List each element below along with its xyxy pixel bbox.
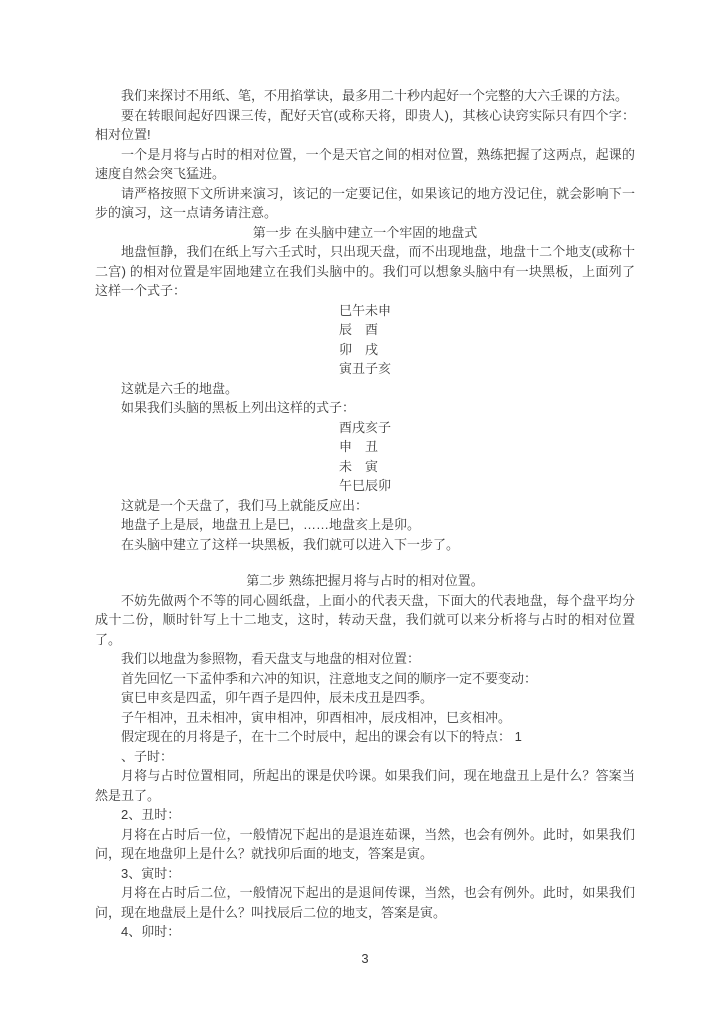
paragraph: 月将在占时后二位，一般情况下起出的是退间传课，当然，也会有例外。此时，如果我们问… <box>95 883 635 922</box>
paragraph: 4、卯时： <box>95 922 635 942</box>
diagram-line: 午巳辰卯 <box>339 476 391 496</box>
paragraph: 不妨先做两个不等的同心圆纸盘，上面小的代表天盘，下面大的代表地盘，每个盘平均分成… <box>95 591 635 650</box>
diagram-line: 寅丑子亥 <box>339 359 391 379</box>
document-page: 我们来探讨不用纸、笔，不用掐掌诀，最多用二十秒内起好一个完整的大六壬课的方法。要… <box>0 0 724 1024</box>
paragraph: 我们来探讨不用纸、笔，不用掐掌诀，最多用二十秒内起好一个完整的大六壬课的方法。 <box>95 86 635 106</box>
paragraph: 首先回忆一下孟仲季和六冲的知识，注意地支之间的顺序一定不要变动： <box>95 669 635 689</box>
paragraph: 寅巳申亥是四孟，卯午酉子是四仲，辰未戌丑是四季。 <box>95 688 635 708</box>
diagram-line: 巳午未申 <box>339 301 391 321</box>
paragraph: 一个是月将与占时的相对位置，一个是天官之间的相对位置，熟练把握了这两点，起课的速… <box>95 145 635 184</box>
paragraph: 要在转眼间起好四课三传，配好天官(或称天将，即贵人)，其核心诀窍实际只有四个字：… <box>95 106 635 145</box>
paragraph: 3、寅时： <box>95 864 635 884</box>
diagram-lines: 酉戌亥子申 丑未 寅午巳辰卯 <box>339 418 391 496</box>
page-number: 3 <box>95 949 635 969</box>
paragraph: 2、丑时： <box>95 805 635 825</box>
paragraph: 这就是六壬的地盘。 <box>95 379 635 399</box>
diagram-lines: 巳午未申辰 酉卯 戌寅丑子亥 <box>339 301 391 379</box>
document-content: 我们来探讨不用纸、笔，不用掐掌诀，最多用二十秒内起好一个完整的大六壬课的方法。要… <box>95 86 635 968</box>
paragraph: 如果我们头脑的黑板上列出这样的式子： <box>95 398 635 418</box>
paragraph: 地盘子上是辰，地盘丑上是巳，……地盘亥上是卯。 <box>95 515 635 535</box>
paragraph: 请严格按照下文所讲来演习，该记的一定要记住，如果该记的地方没记住，就会影响下一步… <box>95 184 635 223</box>
paragraph: 假定现在的月将是子，在十二个时辰中，起出的课会有以下的特点： 1 <box>95 727 635 747</box>
paragraph: 月将与占时位置相同，所起出的课是伏吟课。如果我们问，现在地盘丑上是什么？答案当然… <box>95 766 635 805</box>
paragraph: 月将在占时后一位，一般情况下起出的是退连茹课，当然，也会有例外。此时，如果我们问… <box>95 825 635 864</box>
paragraph: 我们以地盘为参照物，看天盘支与地盘的相对位置： <box>95 649 635 669</box>
diagram-line: 申 丑 <box>339 437 391 457</box>
diagram-line: 卯 戌 <box>339 340 391 360</box>
section-heading: 第一步 在头脑中建立一个牢固的地盘式 <box>95 223 635 243</box>
diagram-line: 酉戌亥子 <box>339 418 391 438</box>
liuren-plate-diagram: 酉戌亥子申 丑未 寅午巳辰卯 <box>95 418 635 496</box>
section-heading: 第二步 熟练把握月将与占时的相对位置。 <box>95 571 635 591</box>
diagram-line: 辰 酉 <box>339 320 391 340</box>
paragraph: 地盘恒静，我们在纸上写六壬式时，只出现天盘，而不出现地盘，地盘十二个地支(或称十… <box>95 242 635 301</box>
paragraph: 子午相冲，丑未相冲，寅申相冲，卯酉相冲，辰戌相冲，巳亥相冲。 <box>95 708 635 728</box>
liuren-plate-diagram: 巳午未申辰 酉卯 戌寅丑子亥 <box>95 301 635 379</box>
paragraph: 在头脑中建立了这样一块黑板，我们就可以进入下一步了。 <box>95 535 635 555</box>
paragraph: 这就是一个天盘了，我们马上就能反应出： <box>95 496 635 516</box>
paragraph: 、子时： <box>95 747 635 767</box>
diagram-line: 未 寅 <box>339 457 391 477</box>
